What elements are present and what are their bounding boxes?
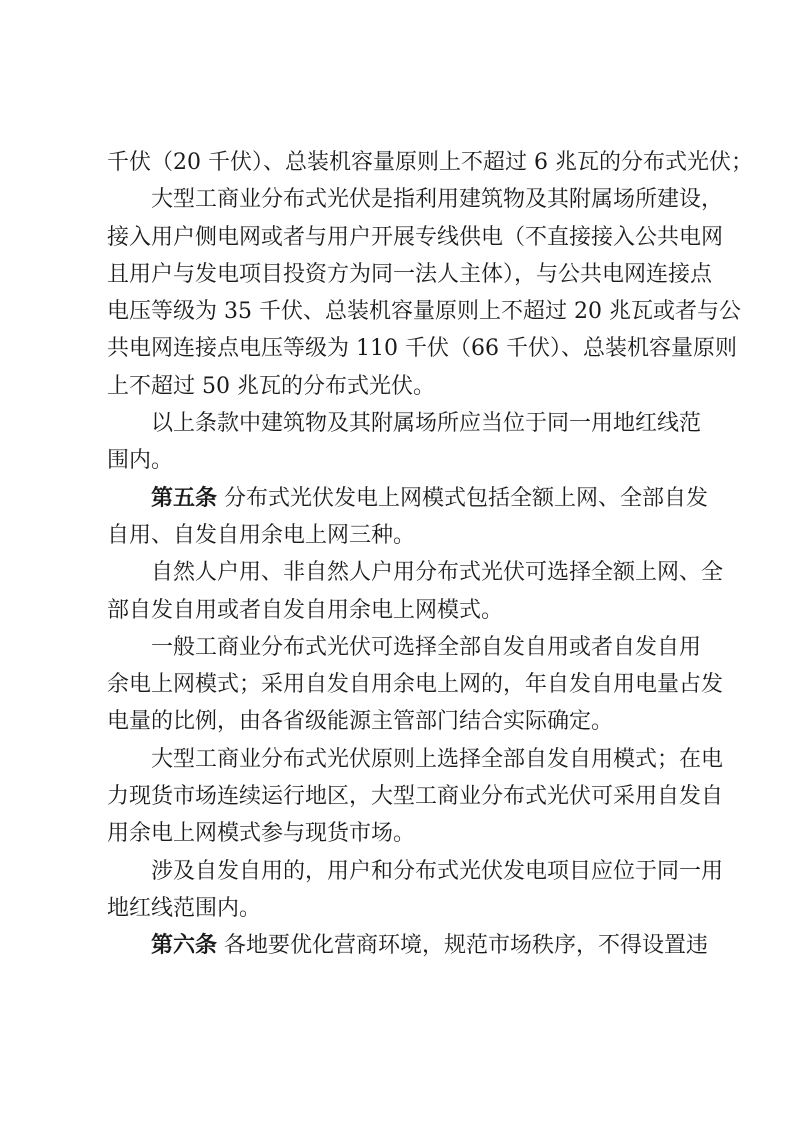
paragraph-article-6: 第六条 各地要优化营商环境，规范市场秩序，不得设置违 <box>107 927 697 964</box>
text-line: 电压等级为 35 千伏、总装机容量原则上不超过 20 兆瓦或者与公 <box>107 293 697 330</box>
document-page: 千伏（20 千伏）、总装机容量原则上不超过 6 兆瓦的分布式光伏； 大型工商业分… <box>107 144 697 965</box>
paragraph-large-commercial-mode: 大型工商业分布式光伏原则上选择全部自发自用模式；在电 力现货市场连续运行地区，大… <box>107 741 697 853</box>
text-line: 接入用户侧电网或者与用户开展专线供电（不直接接入公共电网 <box>107 219 697 256</box>
article-text: 分布式光伏发电上网模式包括全额上网、全部自发 <box>217 486 708 511</box>
text-line: 力现货市场连续运行地区，大型工商业分布式光伏可采用自发自 <box>107 778 697 815</box>
paragraph-general-commercial: 一般工商业分布式光伏可选择全部自发自用或者自发自用 余电上网模式；采用自发自用余… <box>107 629 697 741</box>
text-line: 大型工商业分布式光伏原则上选择全部自发自用模式；在电 <box>107 741 697 778</box>
text-line: 大型工商业分布式光伏是指利用建筑物及其附属场所建设， <box>107 181 697 218</box>
text-line: 用余电上网模式参与现货市场。 <box>107 815 697 852</box>
text-line: 共电网连接点电压等级为 110 千伏（66 千伏）、总装机容量原则 <box>107 330 697 367</box>
text-line: 上不超过 50 兆瓦的分布式光伏。 <box>107 368 697 405</box>
text-line: 部自发自用或者自发自用余电上网模式。 <box>107 592 697 629</box>
paragraph-article-5: 第五条 分布式光伏发电上网模式包括全额上网、全部自发 自用、自发自用余电上网三种… <box>107 480 697 555</box>
text-line: 第六条 各地要优化营商环境，规范市场秩序，不得设置违 <box>107 927 697 964</box>
text-line: 千伏（20 千伏）、总装机容量原则上不超过 6 兆瓦的分布式光伏； <box>107 144 697 181</box>
text-line: 电量的比例，由各省级能源主管部门结合实际确定。 <box>107 703 697 740</box>
text-line: 以上条款中建筑物及其附属场所应当位于同一用地红线范 <box>107 405 697 442</box>
text-line: 第五条 分布式光伏发电上网模式包括全额上网、全部自发 <box>107 480 697 517</box>
text-line: 自用、自发自用余电上网三种。 <box>107 517 697 554</box>
text-line: 一般工商业分布式光伏可选择全部自发自用或者自发自用 <box>107 629 697 666</box>
text-line: 余电上网模式；采用自发自用余电上网的，年自发自用电量占发 <box>107 666 697 703</box>
paragraph-redline: 以上条款中建筑物及其附属场所应当位于同一用地红线范 围内。 <box>107 405 697 480</box>
text-line: 围内。 <box>107 442 697 479</box>
paragraph-continuation: 千伏（20 千伏）、总装机容量原则上不超过 6 兆瓦的分布式光伏； <box>107 144 697 181</box>
article-text: 各地要优化营商环境，规范市场秩序，不得设置违 <box>217 933 708 958</box>
text-line: 且用户与发电项目投资方为同一法人主体），与公共电网连接点 <box>107 256 697 293</box>
article-heading: 第五条 <box>151 486 217 511</box>
paragraph-large-commercial-definition: 大型工商业分布式光伏是指利用建筑物及其附属场所建设， 接入用户侧电网或者与用户开… <box>107 181 697 405</box>
paragraph-self-use: 涉及自发自用的，用户和分布式光伏发电项目应位于同一用 地红线范围内。 <box>107 853 697 928</box>
text-line: 涉及自发自用的，用户和分布式光伏发电项目应位于同一用 <box>107 853 697 890</box>
article-heading: 第六条 <box>151 933 217 958</box>
text-line: 自然人户用、非自然人户用分布式光伏可选择全额上网、全 <box>107 554 697 591</box>
paragraph-natural-person: 自然人户用、非自然人户用分布式光伏可选择全额上网、全 部自发自用或者自发自用余电… <box>107 554 697 629</box>
text-line: 地红线范围内。 <box>107 890 697 927</box>
